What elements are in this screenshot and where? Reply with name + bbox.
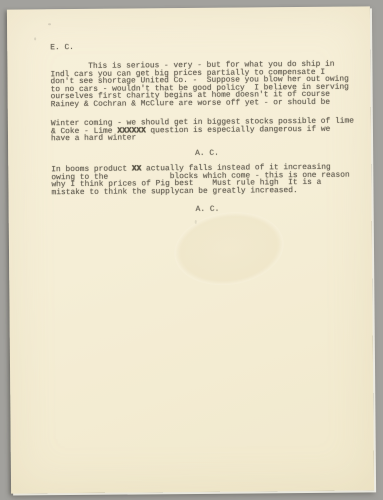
memo-paragraph-shipping: This is serious - very - but for what yo… [50,60,362,108]
pencil-speck [34,37,36,40]
photographed-document-page: { "page": { "background_color": "#a2a19d… [0,0,383,500]
embossed-watermark [169,205,288,292]
pencil-speck [48,23,51,25]
memo-paragraph-winter: Winter coming - we should get in biggest… [51,117,367,142]
memo-paragraph-booms: In booms product XX actually falls inste… [51,163,363,196]
pencil-speck [195,220,197,224]
signature-initials: A. C. [195,150,219,158]
recipient-initials: E. C. [50,44,74,52]
paper-sheet: E. C. This is serious - very - but for w… [7,6,374,493]
signature-initials: A. C. [196,206,220,214]
